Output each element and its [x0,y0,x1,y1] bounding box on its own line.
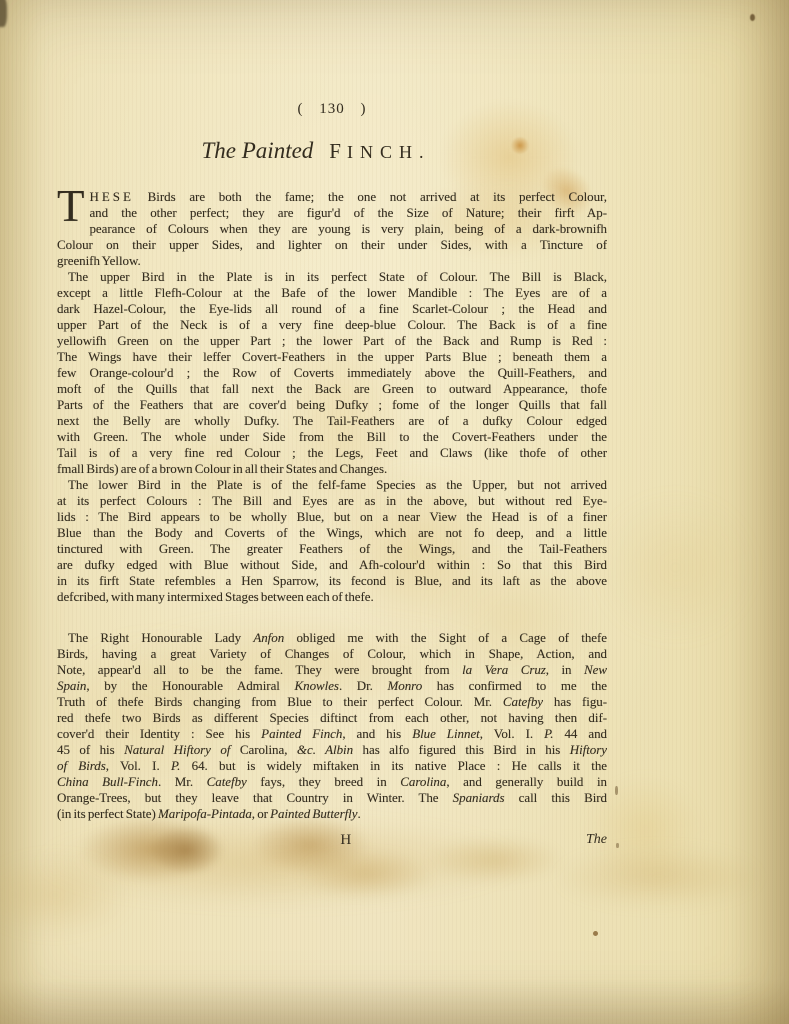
text-line: Parts of the Feathers that are cover'd b… [57,397,607,413]
text-line: next the Belly are wholly Dufky. The Tai… [57,413,607,429]
italic-text-segment: Natural Hiftory of [124,742,240,757]
page-number: ( 130 ) [57,101,607,118]
text-segment: , Vol. I. [106,758,171,773]
text-line: red thefe two Birds as different Species… [57,710,607,726]
text-line: (in its perfect State) Maripofa-Pintada,… [57,806,607,822]
text-line: and the other perfect; they are figur'd … [89,205,607,221]
text-line: in its firft State refembles a Hen Sparr… [57,573,607,589]
bottom-stain [298,850,433,898]
text-segment: has figu- [543,694,607,709]
text-line: cover'd their Identity : See his Painted… [57,726,607,742]
text-line: defcribed, with many intermixed Stages b… [57,589,607,605]
title-caps-rest: INCH. [347,142,431,162]
text-segment: obliged me with the Sight of a Cage of t… [284,630,607,645]
italic-text-segment: la Vera Cruz [462,662,546,677]
page-footer: H The [57,832,607,850]
italic-text-segment: Catefby [207,774,247,789]
text-segment: Colour on their upper Sides, and lighter… [57,237,607,252]
text-line: Spain, by the Honourable Admiral Knowles… [57,678,607,694]
text-line: are dufky edged with Blue without Side, … [57,557,607,573]
text-segment: . Dr. [339,678,388,693]
italic-text-segment: Maripofa-Pintada [158,806,252,821]
text-line: China Bull-Finch. Mr. Catefby fays, they… [57,774,607,790]
text-line: The Right Honourable Lady Anfon obliged … [57,630,607,646]
text-segment: , in [546,662,584,677]
text-segment: dark Hazel-Colour, the Eye-lids all roun… [57,301,607,316]
text-segment: fmall Birds) are of a brown Colour in al… [57,461,387,476]
italic-text-segment: Carolina [400,774,446,789]
text-segment: fays, they breed in [247,774,401,789]
text-segment: Parts of the Feathers that are cover'd b… [57,397,607,412]
text-segment: Birds are both the fame; the one not arr… [134,189,607,204]
book-page-scan: ( 130 ) The Painted FINCH. THESE Birds a… [0,0,789,1024]
signature-mark: H [340,832,351,849]
text-line: except a little Flefh-Colour at the Bafe… [57,285,607,301]
ink-speck [616,843,619,848]
text-segment: are dufky edged with Blue without Side, … [57,557,607,572]
text-segment: , by the Honourable Admiral [86,678,294,693]
text-line: at its perfect Colours : The Bill and Ey… [57,493,607,509]
text-segment: Carolina, [240,742,297,757]
text-segment: tinctured with Green. The greater Feathe… [57,541,607,556]
text-segment: has alfo figured this Bird in his [353,742,570,757]
italic-text-segment: Spain [57,678,86,693]
italic-text-segment: Hiftory [570,742,607,757]
text-segment: Truth of thefe Birds changing from Blue … [57,694,503,709]
text-line: Orange-Trees, but they leave that Countr… [57,790,607,806]
text-segment: , and his [342,726,412,741]
text-segment: The Right Honourable Lady [68,630,253,645]
text-segment: at its perfect Colours : The Bill and Ey… [57,493,607,508]
italic-text-segment: Painted Butterfly [270,806,357,821]
text-segment: call this Bird [504,790,607,805]
text-line: greenifh Yellow. [57,253,607,269]
text-line: Tail is of a very fine red Colour ; the … [57,445,607,461]
text-segment: HESE [89,189,134,204]
text-line: Note, appear'd all to be the fame. They … [57,662,607,678]
bottom-stain [556,846,761,908]
text-line: lids : The Bird appears to be wholly Blu… [57,509,607,525]
italic-text-segment: Blue Linnet [412,726,480,741]
text-line: tinctured with Green. The greater Feathe… [57,541,607,557]
text-segment: greenifh Yellow. [57,253,141,268]
text-segment: next the Belly are wholly Dufky. The Tai… [57,413,607,428]
text-segment: upper Part of the Neck is of a very fine… [57,317,607,332]
catchword: The [586,832,607,848]
text-segment: has confirmed to me the [422,678,607,693]
text-segment: Birds, having a great Variety of Changes… [57,646,607,661]
text-line: dark Hazel-Colour, the Eye-lids all roun… [57,301,607,317]
italic-text-segment: Monro [388,678,423,693]
text-line: fmall Birds) are of a brown Colour in al… [57,461,607,477]
italic-text-segment: Catefby [503,694,543,709]
text-segment: (in its perfect State) [57,806,158,821]
paragraph: The Right Honourable Lady Anfon obliged … [57,630,607,822]
text-segment: yellowifh Green on the upper Part ; the … [57,333,607,348]
italic-text-segment: China Bull-Finch [57,774,158,789]
text-segment: moft of the Quills that fall next the Ba… [57,381,607,396]
text-line: The upper Bird in the Plate is in its pe… [57,269,607,285]
paragraph: THESE Birds are both the fame; the one n… [57,189,607,269]
text-line: Blue than the Body and Coverts of the Wi… [57,525,607,541]
text-line: Birds, having a great Variety of Changes… [57,646,607,662]
text-segment: Note, appear'd all to be the fame. They … [57,662,462,677]
paragraph: The upper Bird in the Plate is in its pe… [57,269,607,477]
text-segment: few Orange-colour'd ; the Row of Coverts… [57,365,607,380]
text-line: pearance of Colours when they are young … [89,221,607,237]
text-line: yellowifh Green on the upper Part ; the … [57,333,607,349]
text-segment: and the other perfect; they are figur'd … [89,205,607,220]
italic-text-segment: Knowles [295,678,339,693]
italic-text-segment: of Birds [57,758,106,773]
body-text: THESE Birds are both the fame; the one n… [57,189,607,822]
text-segment: cover'd their Identity : See his [57,726,261,741]
title-italic-part: The Painted [202,138,314,163]
text-segment: . [357,806,360,821]
ink-speck [593,931,598,936]
text-line: Truth of thefe Birds changing from Blue … [57,694,607,710]
italic-text-segment: Anfon [253,630,284,645]
text-segment: 64. but is widely miftaken in its native… [180,758,607,773]
text-segment: . Mr. [158,774,207,789]
text-line: with Green. The whole under Side from th… [57,429,607,445]
text-segment: Blue than the Body and Coverts of the Wi… [57,525,607,540]
text-line: The lower Bird in the Plate is of the fe… [57,477,607,493]
text-line: upper Part of the Neck is of a very fine… [57,317,607,333]
text-segment: with Green. The whole under Side from th… [57,429,607,444]
paragraph: The lower Bird in the Plate is of the fe… [57,477,607,605]
ink-speck [750,14,755,21]
text-segment: 45 of his [57,742,124,757]
page-edge-shading [729,0,789,1024]
italic-text-segment: Spaniards [453,790,505,805]
drop-cap: T [57,190,89,222]
ink-speck [615,786,618,795]
text-line: of Birds, Vol. I. P. 64. but is widely m… [57,758,607,774]
italic-text-segment: P. [171,758,180,773]
text-line: HESE Birds are both the fame; the one no… [89,189,607,205]
text-segment: lids : The Bird appears to be wholly Blu… [57,509,607,524]
text-segment: , and generally build in [446,774,607,789]
italic-text-segment: New [584,662,607,677]
text-line: The Wings have their leffer Covert-Feath… [57,349,607,365]
text-segment: The lower Bird in the Plate is of the fe… [68,477,607,492]
text-segment: Orange-Trees, but they leave that Countr… [57,790,453,805]
text-segment: , Vol. I. [480,726,544,741]
italic-text-segment: Painted Finch [261,726,342,741]
text-segment: The upper Bird in the Plate is in its pe… [68,269,607,284]
page-edge-shading [0,979,789,1024]
text-segment: defcribed, with many intermixed Stages b… [57,589,374,604]
text-segment: except a little Flefh-Colour at the Bafe… [57,285,607,300]
page-title: The Painted FINCH. [41,138,591,164]
text-segment: in its firft State refembles a Hen Sparr… [57,573,607,588]
text-line: few Orange-colour'd ; the Row of Coverts… [57,365,607,381]
title-caps-initial: F [329,139,347,163]
text-line: moft of the Quills that fall next the Ba… [57,381,607,397]
text-line: 45 of his Natural Hiftory of Carolina, &… [57,742,607,758]
text-segment: red thefe two Birds as different Species… [57,710,607,725]
text-segment: 44 and [553,726,607,741]
bottom-stain [0,855,130,935]
page-corner-mark [0,0,7,27]
text-line: Colour on their upper Sides, and lighter… [57,237,607,253]
text-segment: , or [252,806,270,821]
text-segment: pearance of Colours when they are young … [89,221,607,236]
text-segment: The Wings have their leffer Covert-Feath… [57,349,607,364]
text-segment: Tail is of a very fine red Colour ; the … [57,445,607,460]
paper-stain [598,495,753,640]
italic-text-segment: &c. Albin [297,742,353,757]
